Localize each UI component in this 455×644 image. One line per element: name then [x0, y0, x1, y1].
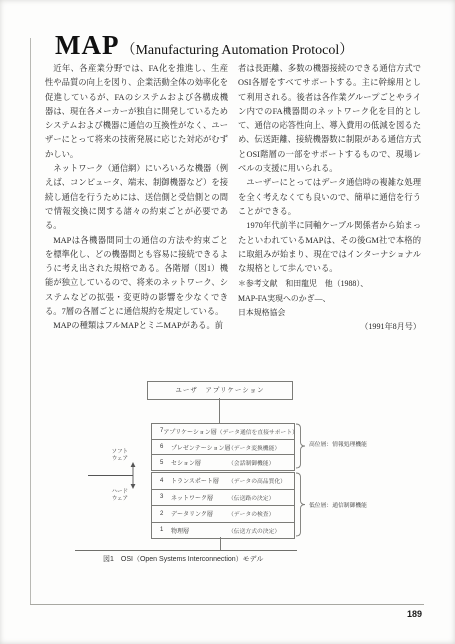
reference-block: ＊参考文献 和田龍児 他（1988）、 MAP-FA実現へのかぎ―、 日本規格協…	[238, 277, 421, 320]
upper-group-label: 高位層：情報処理機能	[309, 439, 367, 448]
paragraph: ユーザーにとってはデータ通信時の複雑な処理を全く考えなくても良いので、簡単に通信…	[238, 176, 421, 219]
reference-line: ＊参考文献 和田龍児 他（1988）、	[238, 277, 421, 291]
paragraph: ネットワーク（通信網）にいろいろな機器（例えば、コンピュータ、端末、制御機器など…	[45, 162, 228, 233]
layer-number: 4	[160, 478, 171, 484]
layer-description: （データの検査）	[228, 509, 274, 518]
layer-description: （データ変換機能）	[228, 443, 280, 452]
paragraph: MAPは各機器間同士の通信の方法や約束ごとを標準化し、どの機器間とも容易に接続で…	[45, 234, 228, 320]
title-block: MAP（Manufacturing Automation Protocol）	[55, 30, 353, 61]
layer-number: 2	[160, 511, 171, 517]
network-bus-connector	[220, 537, 221, 550]
page-subtitle: （Manufacturing Automation Protocol）	[121, 43, 353, 58]
layer-number: 6	[160, 444, 171, 450]
layer-name: 物理層	[171, 526, 228, 535]
osi-layer-5: 5 セション層 （会話制御機能）	[152, 454, 294, 470]
user-application-box: ユーザ アプリケーション	[147, 381, 293, 400]
reference-line: 日本規格協会	[238, 306, 421, 320]
layer-number: 5	[160, 460, 171, 466]
left-column: 近年、各産業分野では、FA化を推進し、生産性や品質の向上を図り、企業活動全体の効…	[45, 62, 228, 335]
osi-layer-6: 6 プレゼンテーション層 （データ変換機能）	[152, 439, 294, 455]
magazine-page: MAP（Manufacturing Automation Protocol） 近…	[0, 0, 455, 644]
article-body: 近年、各産業分野では、FA化を推進し、生産性や品質の向上を図り、企業活動全体の効…	[45, 62, 421, 335]
paragraph: 者は長距離、多数の機器接続のできる通信方式でOSI各層をすべてサポートする。主に…	[238, 62, 421, 176]
software-label: ソフト ウェア	[102, 449, 128, 462]
paragraph: 1970年代前半に同軸ケーブル関係者から始まったといわれているMAPは、その後G…	[238, 219, 421, 276]
osi-layer-3: 3 ネットワーク層 （伝送路の決定）	[152, 489, 294, 506]
lower-group-brace	[295, 472, 306, 537]
osi-model-diagram: ユーザ アプリケーション 7 アプリケーション層 （データ通信を直接サポート） …	[0, 375, 455, 585]
layer-description: （伝送方式の決定）	[228, 526, 280, 535]
layer-number: 1	[160, 527, 171, 533]
hardware-label: ハード ウェア	[102, 489, 128, 502]
osi-layer-1: 1 物理層 （伝送方式の決定）	[152, 522, 294, 539]
upper-layer-stack: 7 アプリケーション層 （データ通信を直接サポート） 6 プレゼンテーション層 …	[151, 423, 295, 471]
osi-layer-2: 2 データリンク層 （データの検査）	[152, 505, 294, 522]
lower-layer-stack: 4 トランスポート層 （データの高品質化） 3 ネットワーク層 （伝送路の決定）…	[151, 472, 295, 539]
page-frame-bottom-rule	[30, 604, 424, 605]
layer-name: アプリケーション層	[163, 427, 216, 436]
layer-name: ネットワーク層	[171, 493, 228, 502]
lower-group-label: 低位層：通信制御機能	[309, 500, 367, 509]
page-number: 189	[392, 609, 422, 619]
osi-layer-7: 7 アプリケーション層 （データ通信を直接サポート）	[152, 424, 294, 439]
paragraph: MAPの種類はフルMAPとミニMAPがある。前	[45, 319, 228, 333]
layer-name: プレゼンテーション層	[171, 443, 228, 452]
network-bus-line	[75, 550, 297, 551]
layer-description: （データの高品質化）	[228, 476, 286, 485]
layer-name: セション層	[171, 458, 228, 467]
reference-line: MAP-FA実現へのかぎ―、	[238, 292, 421, 306]
right-column: 者は長距離、多数の機器接続のできる通信方式でOSI各層をすべてサポートする。主に…	[238, 62, 421, 335]
layer-description: （データ通信を直接サポート）	[217, 427, 298, 436]
layer-name: トランスポート層	[171, 476, 228, 485]
layer-name: データリンク層	[171, 509, 228, 518]
layer-description: （会話制御機能）	[228, 458, 274, 467]
figure-caption: 図1 OSI（Open Systems Interconnection）モデル	[103, 554, 263, 564]
issue-date: （1991年8月号）	[238, 320, 421, 334]
layer-description: （伝送路の決定）	[228, 493, 274, 502]
user-app-connector-line	[219, 398, 220, 423]
upper-group-brace	[295, 423, 306, 469]
software-hardware-boundary-line	[88, 475, 133, 476]
layer-number: 3	[160, 494, 171, 500]
osi-layer-4: 4 トランスポート層 （データの高品質化）	[152, 473, 294, 489]
page-title: MAP	[55, 30, 119, 60]
paragraph: 近年、各産業分野では、FA化を推進し、生産性や品質の向上を図り、企業活動全体の効…	[45, 62, 228, 162]
